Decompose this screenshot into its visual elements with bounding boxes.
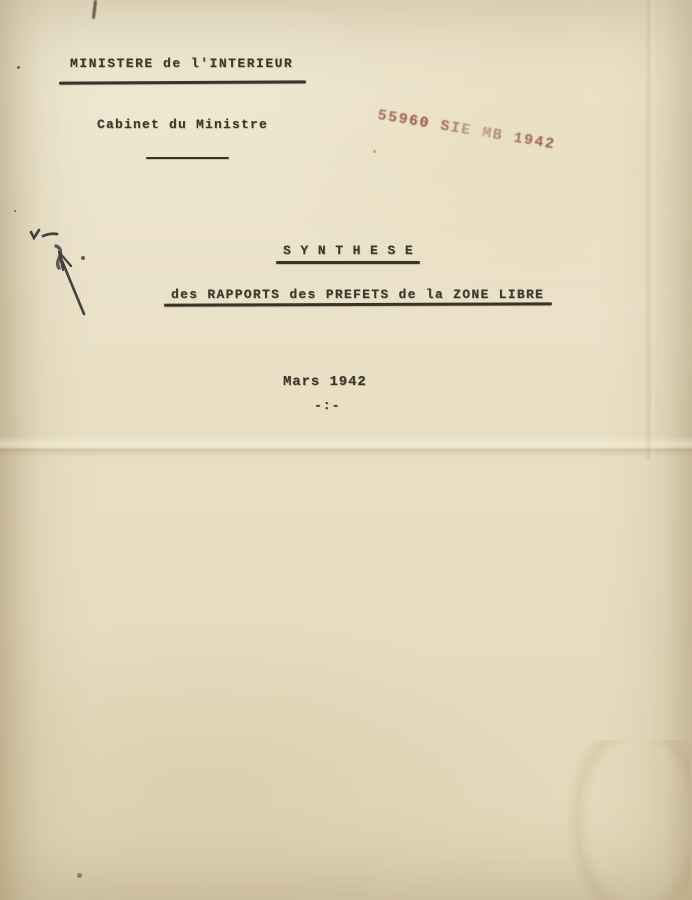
- subtitle-underline: [164, 302, 552, 306]
- date-line: Mars 1942: [283, 374, 367, 390]
- date-stamp: 55960 SIE MB 1942: [376, 107, 557, 154]
- handwritten-annotation: [18, 222, 104, 326]
- ink-speck: [14, 210, 16, 212]
- ink-speck: [373, 150, 376, 153]
- handwritten-check-icon: [31, 230, 39, 238]
- ink-smudge: [92, 0, 97, 19]
- cabinet-title: Cabinet du Ministre: [97, 117, 268, 132]
- handwritten-dash-icon: [43, 234, 57, 236]
- main-title-underline: [276, 261, 420, 264]
- divider-mark: -:-: [314, 398, 340, 413]
- scanned-document-page: MINISTERE de l'INTERIEUR Cabinet du Mini…: [0, 0, 692, 900]
- ink-speck: [77, 873, 82, 878]
- fold-crease: [0, 436, 692, 458]
- corner-crease: [560, 740, 690, 900]
- ink-speck: [17, 66, 20, 69]
- subtitle: des RAPPORTS des PREFETS de la ZONE LIBR…: [171, 287, 544, 302]
- main-title: S Y N T H E S E: [283, 243, 414, 258]
- vertical-crease: [644, 0, 656, 460]
- ministry-underline: [59, 80, 306, 84]
- ministry-title: MINISTERE de l'INTERIEUR: [70, 56, 293, 71]
- cabinet-rule: [146, 157, 229, 159]
- handwritten-arrow-icon: [56, 246, 84, 314]
